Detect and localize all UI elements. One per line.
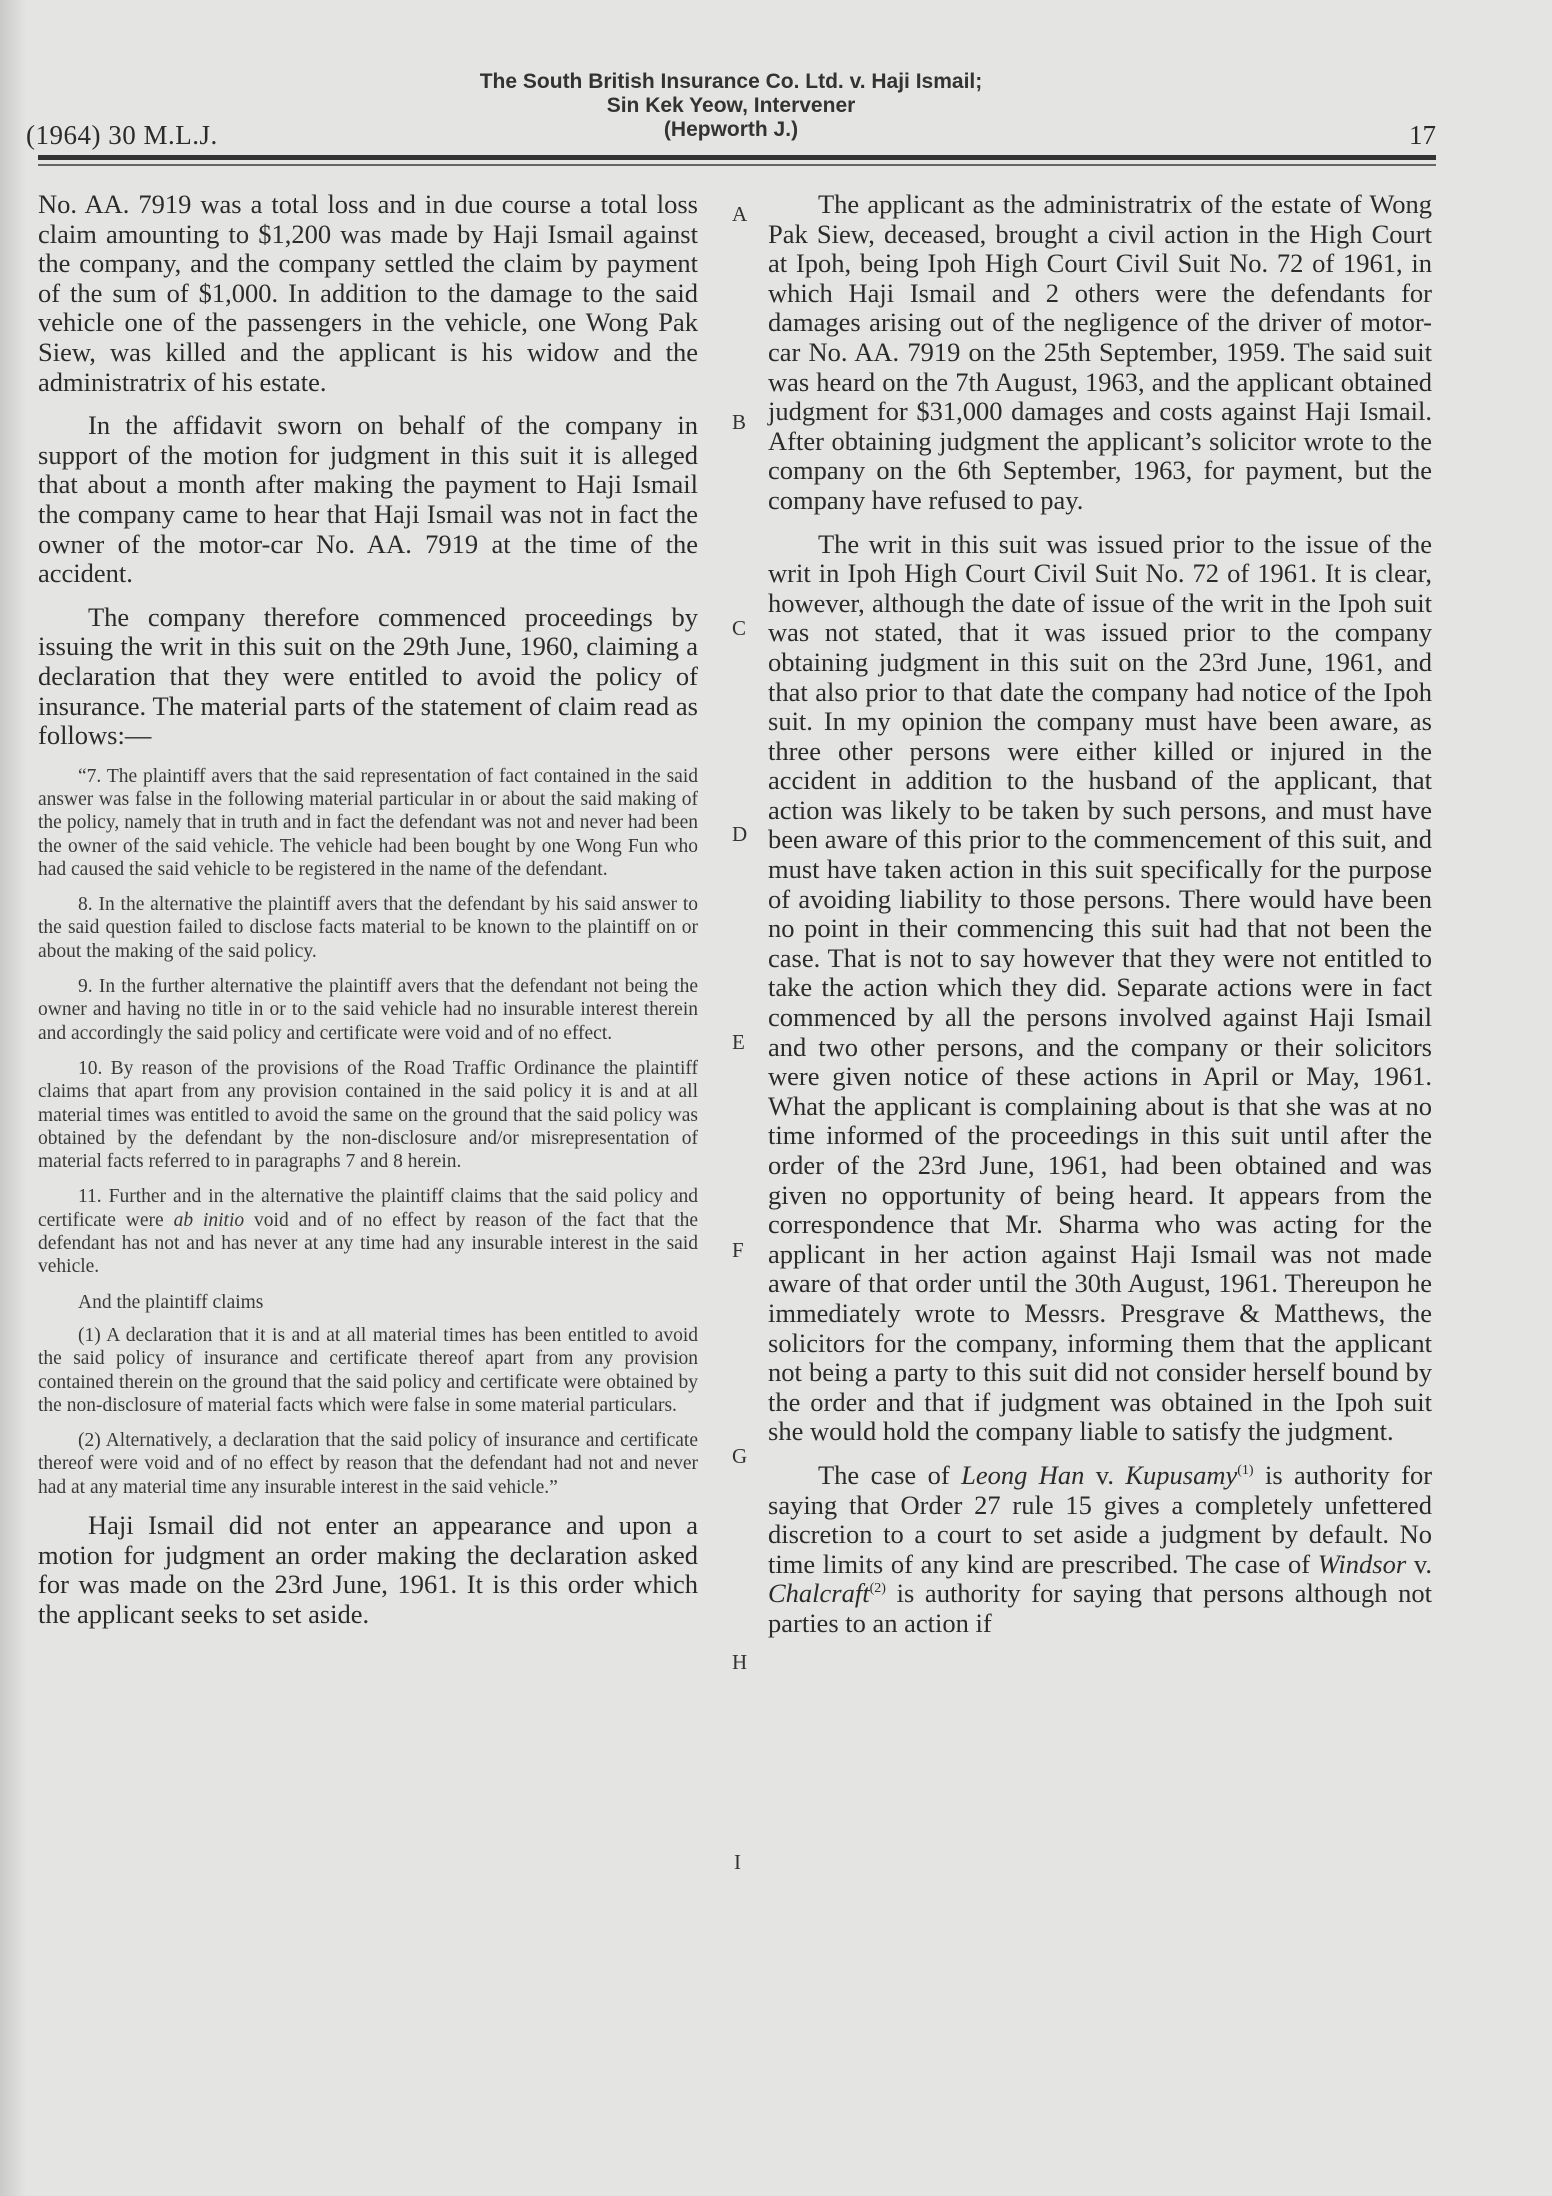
quote-paragraph-7: “7. The plaintiff avers that the said re… bbox=[38, 765, 698, 881]
margin-letter-f: F bbox=[732, 1238, 744, 1263]
paragraph: Haji Ismail did not enter an appearance … bbox=[38, 1511, 698, 1629]
quote-paragraph-11: 11. Further and in the alternative the p… bbox=[38, 1185, 698, 1278]
running-header: (1964) 30 M.L.J. The South British Insur… bbox=[26, 60, 1436, 160]
case-title: The South British Insurance Co. Ltd. v. … bbox=[26, 70, 1436, 142]
page-edge-shadow bbox=[0, 0, 26, 2196]
margin-letter-e: E bbox=[732, 1030, 745, 1055]
paragraph: The case of Leong Han v. Kupusamy(1) is … bbox=[768, 1461, 1432, 1639]
case-name: Kupusamy bbox=[1125, 1460, 1237, 1490]
margin-letter-b: B bbox=[732, 410, 746, 435]
paragraph: The applicant as the administratrix of t… bbox=[768, 190, 1432, 516]
judge-name: (Hepworth J.) bbox=[26, 118, 1436, 142]
statement-of-claim-quote: “7. The plaintiff avers that the said re… bbox=[38, 765, 698, 1499]
case-name: Leong Han bbox=[961, 1460, 1084, 1490]
quote-paragraph-8: 8. In the alternative the plaintiff aver… bbox=[38, 893, 698, 963]
case-name: Windsor bbox=[1318, 1549, 1406, 1579]
quote-paragraph-9: 9. In the further alternative the plaint… bbox=[38, 975, 698, 1045]
paragraph: No. AA. 7919 was a total loss and in due… bbox=[38, 190, 698, 397]
case-title-line-2: Sin Kek Yeow, Intervener bbox=[26, 94, 1436, 118]
claim-1: (1) A declaration that it is and at all … bbox=[38, 1324, 698, 1417]
claim-2: (2) Alternatively, a declaration that th… bbox=[38, 1429, 698, 1499]
margin-letter-d: D bbox=[732, 822, 747, 847]
paragraph: The company therefore commenced proceedi… bbox=[38, 603, 698, 751]
quote-paragraph-10: 10. By reason of the provisions of the R… bbox=[38, 1057, 698, 1173]
header-rule-thick bbox=[38, 155, 1436, 160]
margin-letter-a: A bbox=[732, 202, 747, 227]
right-column: The applicant as the administratrix of t… bbox=[768, 190, 1432, 1653]
header-rule-thin bbox=[38, 164, 1436, 166]
case-title-line-1: The South British Insurance Co. Ltd. v. … bbox=[26, 70, 1436, 94]
case-name: Chalcraft bbox=[768, 1578, 870, 1608]
page-number: 17 bbox=[1409, 120, 1436, 151]
paragraph: In the affidavit sworn on behalf of the … bbox=[38, 411, 698, 589]
footnote-ref-1: (1) bbox=[1237, 1463, 1253, 1478]
paragraph: The writ in this suit was issued prior t… bbox=[768, 530, 1432, 1447]
left-column: No. AA. 7919 was a total loss and in due… bbox=[38, 190, 698, 1643]
margin-letter-i: I bbox=[734, 1850, 741, 1875]
margin-letter-g: G bbox=[732, 1444, 747, 1469]
margin-letter-c: C bbox=[732, 616, 746, 641]
latin-phrase: ab initio bbox=[174, 1210, 245, 1231]
margin-letter-h: H bbox=[732, 1650, 747, 1675]
footnote-ref-2: (2) bbox=[870, 1581, 886, 1596]
claims-heading: And the plaintiff claims bbox=[38, 1291, 698, 1314]
